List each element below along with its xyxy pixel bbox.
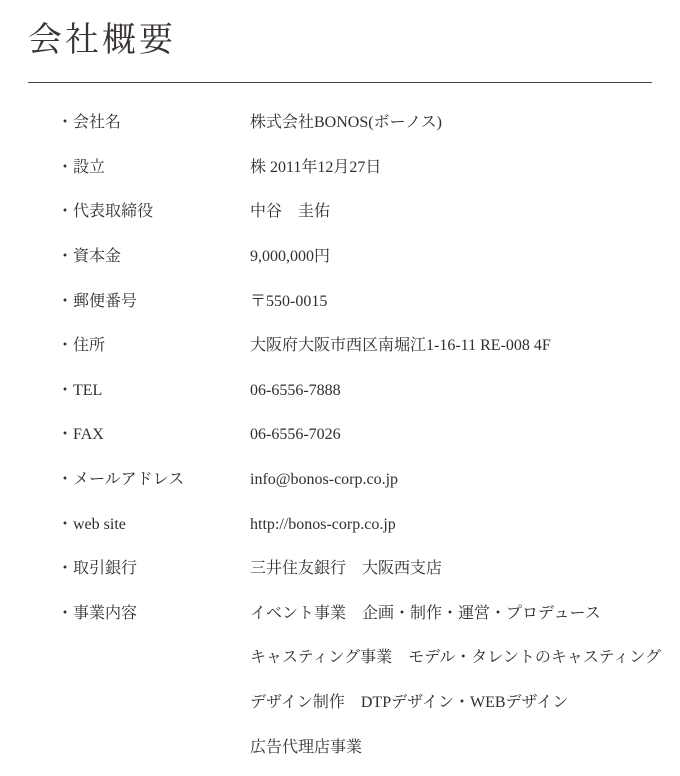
- row-value: 広告代理店事業: [250, 737, 652, 759]
- row-value: デザイン制作 DTPデザイン・WEBデザイン: [250, 692, 652, 714]
- row-value: info@bonos-corp.co.jp: [250, 469, 652, 491]
- table-row: ・取引銀行 三井住友銀行 大阪西支店: [57, 547, 652, 592]
- table-row: ・メールアドレス info@bonos-corp.co.jp: [57, 458, 652, 503]
- row-label: ・住所: [57, 335, 250, 357]
- row-value: 三井住友銀行 大阪西支店: [250, 558, 652, 580]
- row-value: 中谷 圭佑: [250, 201, 652, 223]
- row-label: ・web site: [57, 514, 250, 536]
- company-profile-table: ・会社名 株式会社BONOS(ボーノス) ・設立 株 2011年12月27日 ・…: [28, 101, 652, 770]
- row-label: ・メールアドレス: [57, 469, 250, 491]
- table-row: ・TEL 06-6556-7888: [57, 369, 652, 414]
- row-label: ・取引銀行: [57, 558, 250, 580]
- row-label: ・郵便番号: [57, 291, 250, 313]
- row-label: ・会社名: [57, 112, 250, 134]
- row-value: 株 2011年12月27日: [250, 157, 652, 179]
- row-label: ・FAX: [57, 424, 250, 446]
- row-value: 〒550-0015: [250, 291, 652, 313]
- table-row: ・住所 大阪府大阪市西区南堀江1-16-11 RE-008 4F: [57, 324, 652, 369]
- table-row: 広告代理店事業: [57, 725, 652, 770]
- table-row: ・郵便番号 〒550-0015: [57, 279, 652, 324]
- table-row: ・資本金 9,000,000円: [57, 235, 652, 280]
- title-divider: [28, 82, 652, 83]
- row-label: ・資本金: [57, 246, 250, 268]
- row-value: イベント事業 企画・制作・運営・プロデュース: [250, 603, 652, 625]
- row-value: http://bonos-corp.co.jp: [250, 514, 652, 536]
- row-label: ・事業内容: [57, 603, 250, 625]
- row-value: 06-6556-7026: [250, 424, 652, 446]
- row-value: キャスティング事業 モデル・タレントのキャスティング: [250, 647, 661, 669]
- page-title: 会社概要: [28, 0, 652, 62]
- row-value: 06-6556-7888: [250, 380, 652, 402]
- company-overview-page: 会社概要 ・会社名 株式会社BONOS(ボーノス) ・設立 株 2011年12月…: [0, 0, 680, 770]
- row-label: ・TEL: [57, 380, 250, 402]
- table-row: ・事業内容 イベント事業 企画・制作・運営・プロデュース: [57, 592, 652, 637]
- table-row: ・会社名 株式会社BONOS(ボーノス): [57, 101, 652, 146]
- table-row: デザイン制作 DTPデザイン・WEBデザイン: [57, 681, 652, 726]
- table-row: ・web site http://bonos-corp.co.jp: [57, 502, 652, 547]
- row-value: 株式会社BONOS(ボーノス): [250, 112, 652, 134]
- row-value: 大阪府大阪市西区南堀江1-16-11 RE-008 4F: [250, 335, 652, 357]
- table-row: キャスティング事業 モデル・タレントのキャスティング: [57, 636, 652, 681]
- row-label: ・代表取締役: [57, 201, 250, 223]
- table-row: ・代表取締役 中谷 圭佑: [57, 190, 652, 235]
- row-label: ・設立: [57, 157, 250, 179]
- row-value: 9,000,000円: [250, 246, 652, 268]
- table-row: ・設立 株 2011年12月27日: [57, 146, 652, 191]
- table-row: ・FAX 06-6556-7026: [57, 413, 652, 458]
